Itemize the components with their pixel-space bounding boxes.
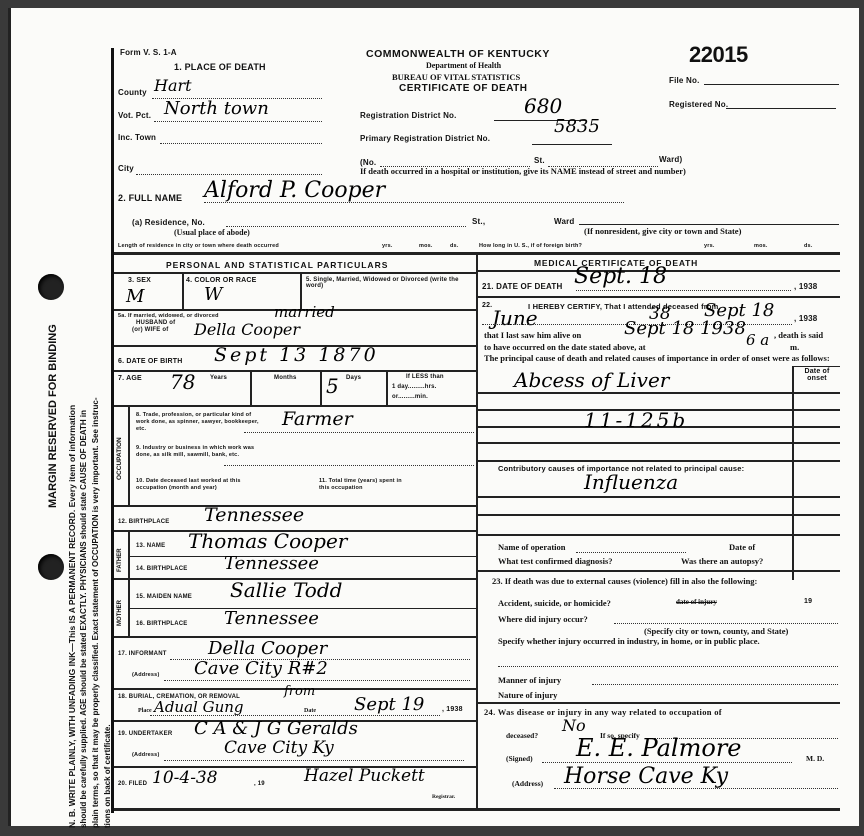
mos-label: mos. [419,243,433,249]
marital-status-value: married [274,303,335,321]
undertaker-value: C A & J G Geralds [194,718,358,739]
attended-to-year: , 1938 [794,314,817,323]
mother-birthplace-value: Tennessee [224,608,319,629]
primary-reg-value: 5835 [554,116,600,137]
registered-no-label: Registered No. [669,100,728,109]
last-worked-label: 10. Date deceased last worked at this oc… [136,478,251,492]
industry-label: 9. Industry or business in which work wa… [136,445,266,459]
operation-label: Name of operation [498,542,566,552]
burial-place-value: Adual Gung [154,698,244,716]
age-label: 7. AGE [118,375,142,382]
reg-district-label: Registration District No. [360,111,457,120]
trade-label: 8. Trade, profession, or particular kind… [136,412,266,433]
father-birthplace-label: 14. BIRTHPLACE [136,566,187,572]
length-residence-label: Length of residence in city or town wher… [118,243,279,249]
marital-label: 5. Single, Married, Widowed or Divorced … [306,277,466,289]
principal-cause-text: The principal cause of death and related… [484,353,840,363]
father-birthplace-value: Tennessee [224,553,319,574]
father-name-label: 13. NAME [136,543,165,549]
burial-from-text: from [284,684,315,699]
signed-label: (Signed) [506,754,533,763]
filed-19: , 19 [254,781,265,787]
contributory-value: Influenza [584,470,678,494]
mother-name-value: Sallie Todd [230,578,342,602]
certify-number: 22. [482,302,492,309]
burial-date-label: Date [304,708,316,714]
mother-birthplace-label: 16. BIRTHPLACE [136,621,187,627]
occurred-text: to have occurred on the date stated abov… [484,342,646,352]
spouse-name-value: Della Cooper [194,320,300,339]
operation-date-label: Date of [729,542,755,552]
undertaker-label: 19. UNDERTAKER [118,731,172,737]
margin-line-1: N. B. WRITE PLAINLY, WITH UNFADING INK—T… [67,405,77,828]
registrar-label: Registrar. [432,794,455,800]
filed-label: 20. FILED [118,781,147,787]
date-of-death-label: 21. DATE OF DEATH [482,282,562,291]
accident-label: Accident, suicide, or homicide? [498,598,611,608]
death-certificate-form: Form V. S. 1-A 1. PLACE OF DEATH County … [111,48,844,813]
birthplace-value: Tennessee [204,504,304,526]
death-said: , death is said [774,330,823,340]
full-name-value: Alford P. Cooper [204,178,385,203]
mos-label-2: mos. [754,243,768,249]
nature-injury-label: Nature of injury [498,690,557,700]
father-side-label: FATHER [117,548,123,572]
autopsy-label: Was there an autopsy? [681,556,763,566]
occupation-related-value: No [562,716,586,735]
sex-value: M [126,286,144,307]
race-label: 4. COLOR OR RACE [186,277,256,284]
informant-value: Della Cooper [208,638,327,659]
injury-year: 19 [804,598,812,605]
father-name-value: Thomas Cooper [188,529,347,553]
residence-sub: (Usual place of abode) [174,228,250,237]
manner-injury-label: Manner of injury [498,675,561,685]
deceased-label: deceased? [506,731,538,740]
cause-of-death-1: Abcess of Liver [514,368,669,392]
residence-ward-label: Ward [554,217,575,226]
registrar-signature: Hazel Puckett [304,766,425,786]
vot-pct-value: North town [164,98,269,119]
days-label: Days [346,375,361,381]
physician-signature: E. E. Palmore [576,734,742,762]
date-of-injury-label: date of injury [676,598,717,606]
reg-district-value: 680 [524,94,562,118]
undertaker-address-label: (Address) [132,752,159,758]
filed-value: 10-4-38 [152,768,218,788]
less-hrs-label: 1 day.........hrs. [392,384,437,390]
dob-value: Sept 13 1870 [214,344,379,366]
punch-hole [38,554,64,580]
occupation-side-label: OCCUPATION [116,437,123,480]
primary-reg-label: Primary Registration District No. [360,134,490,143]
county-label: County [118,88,147,97]
nonresident-note: (If nonresident, give city or town and S… [584,226,741,236]
inc-town-label: Inc. Town [118,133,156,142]
spouse-label-3: (or) WIFE of [132,327,168,333]
residence-label: (a) Residence, No. [132,218,205,227]
ds-label: ds. [450,243,459,249]
certificate-paper: MARGIN RESERVED FOR BINDING N. B. WRITE … [8,8,859,826]
city-label: City [118,164,134,173]
binding-margin: MARGIN RESERVED FOR BINDING N. B. WRITE … [25,38,105,818]
burial-place-label: Place [138,708,152,714]
sex-label: 3. SEX [128,277,151,284]
test-confirmed-label: What test confirmed diagnosis? [498,556,613,566]
place-of-death-heading: 1. PLACE OF DEATH [174,62,266,72]
margin-line-2: should be carefully supplied. AGE should… [79,410,88,828]
death-year: , 1938 [794,282,817,291]
where-injury-sub: (Specify city or town, county, and State… [644,626,788,636]
physician-address-label: (Address) [512,779,543,788]
vot-pct-label: Vot. Pct. [118,111,151,120]
certify-text: I HEREBY CERTIFY, That I attended deceas… [528,302,719,311]
age-years-value: 78 [170,370,195,394]
address-ward-label: Ward) [659,155,682,164]
birthplace-label: 12. BIRTHPLACE [118,519,169,525]
header-bureau: BUREAU OF VITAL STATISTICS [392,72,520,82]
margin-line-3: plain terms, so that it may be properly … [91,398,100,828]
margin-binding-text: MARGIN RESERVED FOR BINDING [47,324,59,508]
informant-label: 17. INFORMANT [118,651,167,657]
yrs-label-2: yrs. [704,243,715,249]
header-department: Department of Health [426,61,501,70]
external-causes-label: 23. If death was due to external causes … [492,576,838,586]
informant-address-label: (Address) [132,672,159,678]
hospital-note: If death occurred in a hospital or insti… [360,166,686,176]
date-of-death-value: Sept. 18 [574,264,667,289]
occupation-related-label: 24. Was disease or injury in any way rel… [484,707,722,717]
undertaker-address-value: Cave City Ky [224,738,334,758]
date-of-onset-header: Date of onset [798,368,836,382]
race-value: W [204,284,223,305]
yrs-label: yrs. [382,243,393,249]
residence-st-label: St., [472,217,485,226]
informant-address-value: Cave City R#2 [194,658,328,679]
attended-from-value: June [492,306,538,330]
full-name-label: 2. FULL NAME [118,193,182,203]
trade-value: Farmer [282,408,353,430]
dob-label: 6. DATE OF BIRTH [118,358,183,365]
ds-label-2: ds. [804,243,813,249]
certificate-number: 22015 [689,42,748,68]
burial-year: , 1938 [442,706,463,713]
md-label: M. D. [806,754,824,763]
header-certificate: CERTIFICATE OF DEATH [399,83,528,94]
last-saw-label: that I last saw him alive on [484,330,581,340]
months-label: Months [274,375,297,381]
less-than-label: If LESS than [406,374,444,380]
specify-location-label: Specify whether injury occurred in indus… [498,636,838,646]
file-no-label: File No. [669,76,700,85]
age-days-value: 5 [326,374,339,398]
spouse-label-2: HUSBAND of [136,320,175,326]
address-st-label: St. [534,156,545,165]
m-label: m. [790,342,799,352]
physician-address-value: Horse Cave Ky [564,764,728,789]
personal-section-title: PERSONAL AND STATISTICAL PARTICULARS [166,260,388,270]
spouse-label-1: 5a. If married, widowed, or divorced [118,313,219,319]
cause-code: 11-125b [584,408,688,432]
years-label: Years [210,375,227,381]
punch-hole [38,274,64,300]
time-of-death-value: 6 a [746,331,769,349]
mother-name-label: 15. MAIDEN NAME [136,594,192,600]
total-time-label: 11. Total time (years) spent in this occ… [319,478,409,492]
header-commonwealth: COMMONWEALTH OF KENTUCKY [366,48,550,60]
county-value: Hart [154,76,192,95]
foreign-birth-label: How long in U. S., if of foreign birth? [479,243,582,249]
less-min-label: or.........min. [392,394,428,400]
burial-date-value: Sept 19 [354,694,424,715]
last-saw-value: Sept 18 1938 [624,318,746,339]
mother-side-label: MOTHER [117,600,123,626]
form-id: Form V. S. 1-A [120,48,177,57]
where-injury-label: Where did injury occur? [498,614,588,624]
